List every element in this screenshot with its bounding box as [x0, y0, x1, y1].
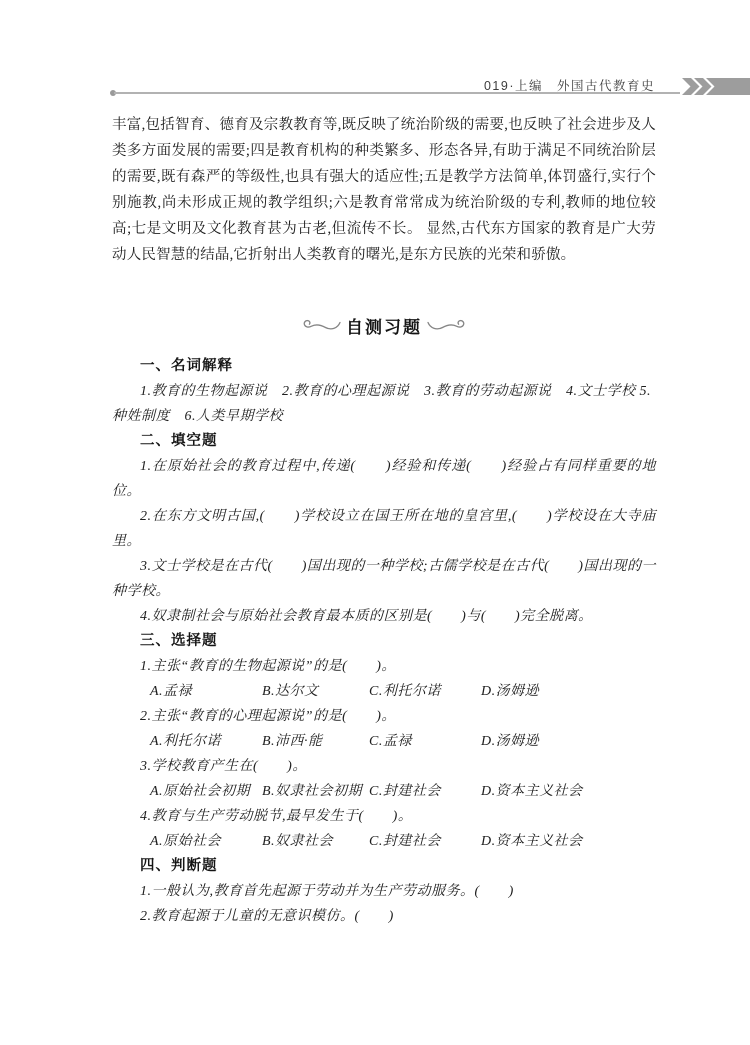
- question-stem: 4.教育与生产劳动脱节,最早发生于( )。: [112, 804, 656, 829]
- option-item: B.达尔文: [262, 679, 369, 704]
- options-row: A.利托尔诺B.沛西·能C.孟禄D.汤姆逊: [112, 729, 656, 754]
- options-row: A.孟禄B.达尔文C.利托尔诺D.汤姆逊: [112, 679, 656, 704]
- option-item: A.利托尔诺: [150, 729, 262, 754]
- option-item: D.资本主义社会: [481, 829, 656, 854]
- section-heading: 二、填空题: [112, 429, 656, 454]
- quiz-section: 一、名词解释1.教育的生物起源说 2.教育的心理起源说 3.教育的劳动起源说 4…: [112, 354, 656, 429]
- question-text: 2.在东方文明古国,( )学校设立在国王所在地的皇宫里,( )学校设在大寺庙里。: [112, 504, 656, 554]
- swirl-flourish-left-icon: [301, 317, 341, 333]
- text-column: 丰富,包括智育、德育及宗教教育等,既反映了统治阶级的需要,也反映了社会进步及人类…: [112, 112, 656, 929]
- question-text: 2.教育起源于儿童的无意识模仿。( ): [112, 904, 656, 929]
- section-heading: 四、判断题: [112, 854, 656, 879]
- option-item: D.资本主义社会: [481, 779, 656, 804]
- options-row: A.原始社会B.奴隶社会C.封建社会D.资本主义社会: [112, 829, 656, 854]
- option-item: B.奴隶社会初期: [262, 779, 369, 804]
- option-item: C.封建社会: [369, 779, 481, 804]
- options-row: A.原始社会初期B.奴隶社会初期C.封建社会D.资本主义社会: [112, 779, 656, 804]
- header-rule: [114, 92, 680, 94]
- option-item: C.利托尔诺: [369, 679, 481, 704]
- quiz-title-row: 自测习题: [112, 312, 656, 338]
- option-item: C.封建社会: [369, 829, 481, 854]
- question-stem: 3.学校教育产生在( )。: [112, 754, 656, 779]
- question-stem: 2.主张“教育的心理起源说”的是( )。: [112, 704, 656, 729]
- section-heading: 一、名词解释: [112, 354, 656, 379]
- quiz-section: 三、选择题1.主张“教育的生物起源说”的是( )。A.孟禄B.达尔文C.利托尔诺…: [112, 629, 656, 854]
- quiz-sections: 一、名词解释1.教育的生物起源说 2.教育的心理起源说 3.教育的劳动起源说 4…: [112, 354, 656, 929]
- option-item: B.沛西·能: [262, 729, 369, 754]
- intro-paragraph: 丰富,包括智育、德育及宗教教育等,既反映了统治阶级的需要,也反映了社会进步及人类…: [112, 112, 656, 268]
- section-heading: 三、选择题: [112, 629, 656, 654]
- terms-list: 1.教育的生物起源说 2.教育的心理起源说 3.教育的劳动起源说 4.文士学校 …: [112, 379, 656, 429]
- option-item: C.孟禄: [369, 729, 481, 754]
- option-item: A.原始社会: [150, 829, 262, 854]
- double-chevron-right-icon: [682, 78, 750, 95]
- option-item: A.孟禄: [150, 679, 262, 704]
- question-text: 4.奴隶制社会与原始社会教育最本质的区别是( )与( )完全脱离。: [112, 604, 656, 629]
- book-page: { "header": { "label": "019·上编 外国古代教育史",…: [0, 0, 750, 1045]
- question-text: 1.在原始社会的教育过程中,传递( )经验和传递( )经验占有同样重要的地位。: [112, 454, 656, 504]
- question-stem: 1.主张“教育的生物起源说”的是( )。: [112, 654, 656, 679]
- swirl-flourish-right-icon: [427, 317, 467, 333]
- quiz-section: 二、填空题1.在原始社会的教育过程中,传递( )经验和传递( )经验占有同样重要…: [112, 429, 656, 629]
- quiz-section: 四、判断题1.一般认为,教育首先起源于劳动并为生产劳动服务。( )2.教育起源于…: [112, 854, 656, 929]
- option-item: A.原始社会初期: [150, 779, 262, 804]
- question-text: 1.一般认为,教育首先起源于劳动并为生产劳动服务。( ): [112, 879, 656, 904]
- quiz-title: 自测习题: [346, 313, 422, 338]
- option-item: D.汤姆逊: [481, 679, 656, 704]
- option-item: B.奴隶社会: [262, 829, 369, 854]
- question-text: 3.文士学校是在古代( )国出现的一种学校;古儒学校是在古代( )国出现的一种学…: [112, 554, 656, 604]
- option-item: D.汤姆逊: [481, 729, 656, 754]
